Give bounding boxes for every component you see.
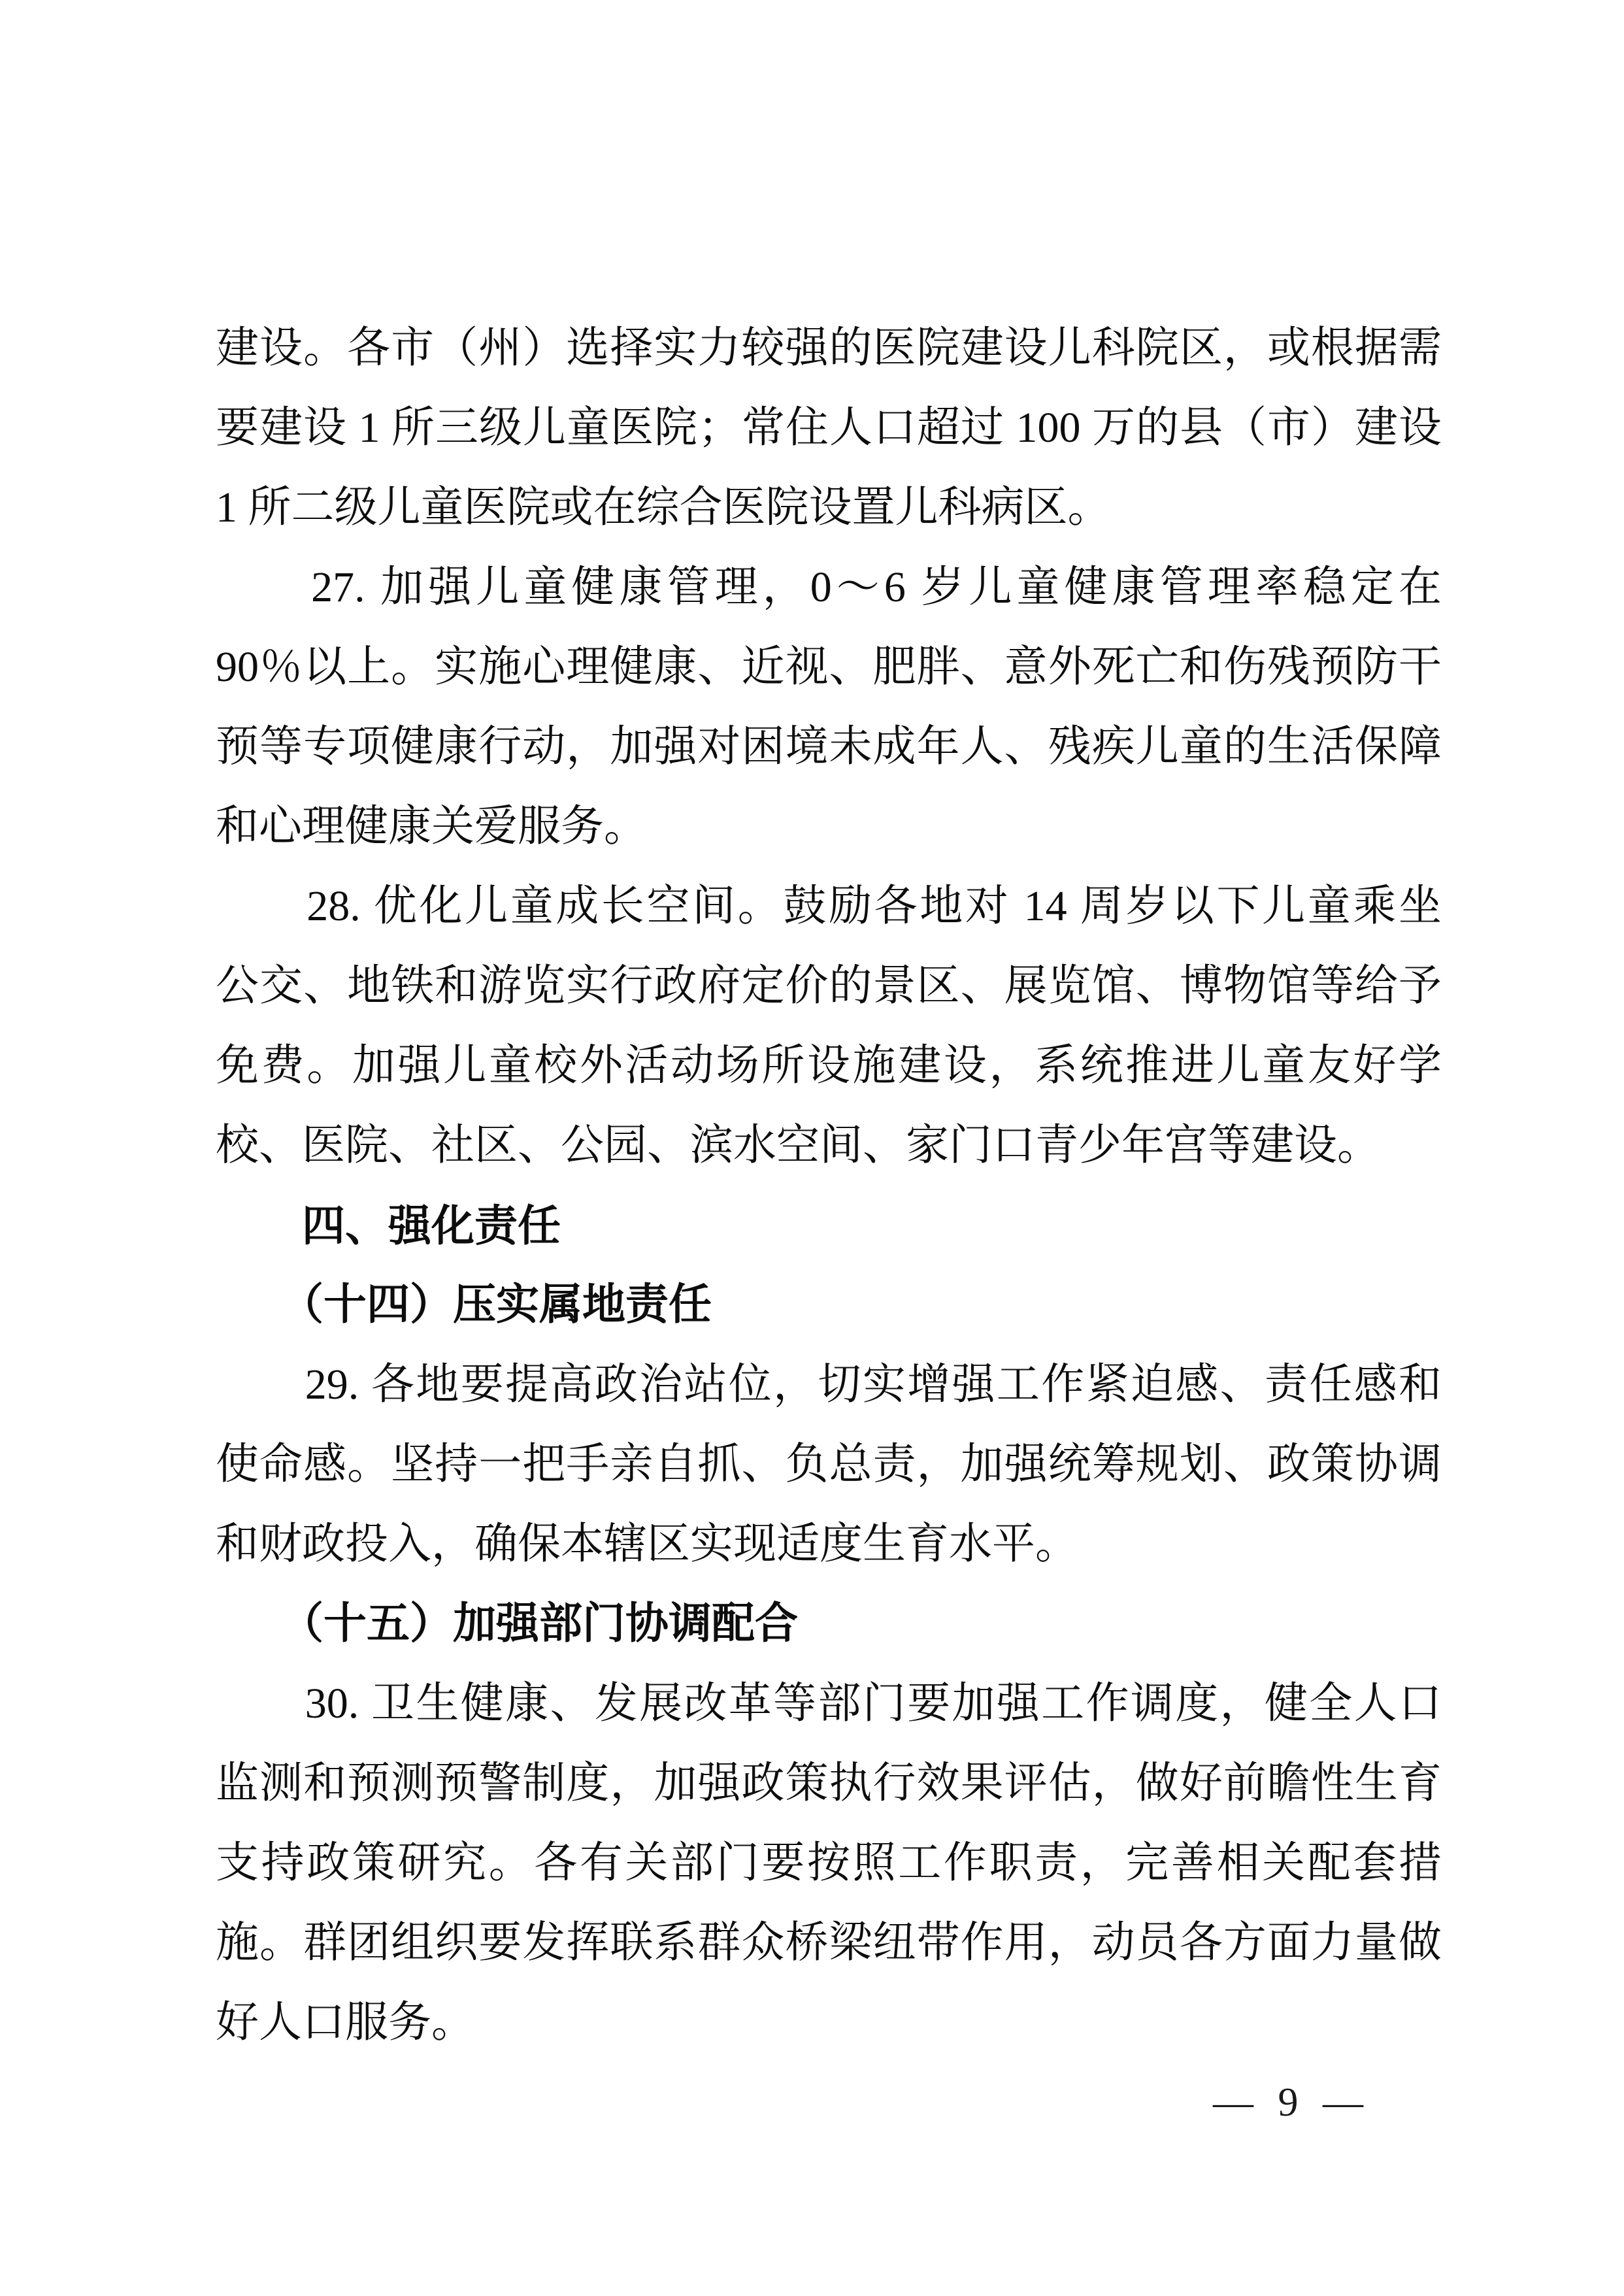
body-text-line: 30. 卫生健康、发展改革等部门要加强工作调度，健全人口 <box>216 1664 1442 1744</box>
body-text-line: 好人口服务。 <box>216 1983 1442 2063</box>
body-text-line: 公交、地铁和游览实行政府定价的景区、展览馆、博物馆等给予 <box>216 946 1442 1026</box>
body-text-line: 28. 优化儿童成长空间。鼓励各地对 14 周岁以下儿童乘坐 <box>216 867 1442 946</box>
body-text-line: 29. 各地要提高政治站位，切实增强工作紧迫感、责任感和 <box>216 1345 1442 1425</box>
body-text-line: 和心理健康关爱服务。 <box>216 787 1442 867</box>
body-text-line: 免费。加强儿童校外活动场所设施建设，系统推进儿童友好学 <box>216 1026 1442 1106</box>
page-number-footer: — 9 — <box>1213 2080 1363 2125</box>
body-text-line: 27. 加强儿童健康管理，0～6 岁儿童健康管理率稳定在 <box>216 548 1442 627</box>
body-text-line: 90％以上。实施心理健康、近视、肥胖、意外死亡和伤残预防干 <box>216 627 1442 707</box>
body-text-line: 支持政策研究。各有关部门要按照工作职责，完善相关配套措 <box>216 1823 1442 1903</box>
subsection-heading: （十五）加强部门协调配合 <box>216 1584 1442 1664</box>
body-text-line: 预等专项健康行动，加强对困境未成年人、残疾儿童的生活保障 <box>216 707 1442 787</box>
body-text-line: 要建设 1 所三级儿童医院；常住人口超过 100 万的县（市）建设 <box>216 388 1442 468</box>
body-text-line: 建设。各市（州）选择实力较强的医院建设儿科院区，或根据需 <box>216 308 1442 388</box>
subsection-heading: （十四）压实属地责任 <box>216 1265 1442 1345</box>
body-text-line: 和财政投入，确保本辖区实现适度生育水平。 <box>216 1505 1442 1584</box>
body-text-line: 1 所二级儿童医院或在综合医院设置儿科病区。 <box>216 468 1442 548</box>
section-heading: 四、强化责任 <box>216 1186 1442 1265</box>
body-text-line: 监测和预测预警制度，加强政策执行效果评估，做好前瞻性生育 <box>216 1744 1442 1823</box>
document-page: 建设。各市（州）选择实力较强的医院建设儿科院区，或根据需 要建设 1 所三级儿童… <box>0 0 1624 2296</box>
body-text-line: 使命感。坚持一把手亲自抓、负总责，加强统筹规划、政策协调 <box>216 1425 1442 1505</box>
body-text-line: 施。群团组织要发挥联系群众桥梁纽带作用，动员各方面力量做 <box>216 1903 1442 1983</box>
document-body: 建设。各市（州）选择实力较强的医院建设儿科院区，或根据需 要建设 1 所三级儿童… <box>216 308 1442 2063</box>
body-text-line: 校、医院、社区、公园、滨水空间、家门口青少年宫等建设。 <box>216 1106 1442 1186</box>
